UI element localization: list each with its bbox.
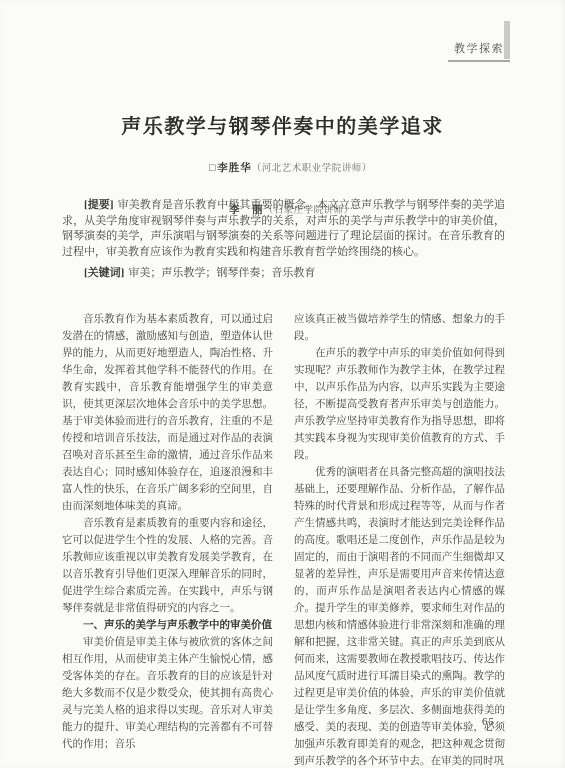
page-edge-bar: [504, 21, 510, 59]
author-marker-icon: □: [209, 163, 215, 174]
abstract-block: [提要]审美教育是音乐教育中极其重要的概念。本文立意声乐教学与钢琴伴奏的美学追求…: [62, 198, 505, 260]
body-columns: 音乐教育作为基本素质教育，可以通过启发潜在的情感，激励感知与创造，塑造体认世界的…: [62, 311, 505, 768]
paragraph: 音乐教育作为基本素质教育，可以通过启发潜在的情感，激励感知与创造，塑造体认世界的…: [62, 311, 273, 515]
paragraph: 应该真正被当做培养学生的情感、想象力的手段。: [294, 311, 505, 345]
journal-page: 教学探索 声乐教学与钢琴伴奏中的美学追求 □李胜华（河北艺术职业学院讲师） 李 …: [0, 0, 565, 768]
column-left: 音乐教育作为基本素质教育，可以通过启发潜在的情感，激励感知与创造，塑造体认世界的…: [62, 311, 273, 768]
article-title: 声乐教学与钢琴伴奏中的美学追求: [0, 110, 565, 139]
author-line: □李胜华（河北艺术职业学院讲师）: [193, 149, 372, 186]
corner-tag-label: 教学探索: [454, 43, 504, 55]
corner-tag: 教学探索: [448, 40, 510, 62]
paragraph: 在声乐的教学中声乐的审美价值如何得到实现呢？声乐教师作为教学主体，在教学过程中，…: [294, 345, 505, 464]
author-name: 李胜华: [217, 163, 252, 174]
abstract-text: 审美教育是音乐教育中极其重要的概念。本文立意声乐教学与钢琴伴奏的美学追求，从美学…: [62, 199, 505, 258]
paragraph: 审美价值是审美主体与被欣赏的客体之间相互作用，从而使审美主体产生愉悦心情，感受客…: [62, 634, 273, 753]
paragraph: 优秀的演唱者在具备完整高超的演唱技法基础上，还要理解作品、分析作品，了解作品特殊…: [294, 464, 505, 768]
paragraph: 音乐教育是素质教育的重要内容和途径，它可以促进学生个性的发展、人格的完善。音乐教…: [62, 515, 273, 617]
section-heading: 一、声乐的美学与声乐教学中的审美价值: [62, 617, 273, 634]
author-affiliation: （河北艺术职业学院讲师）: [252, 164, 372, 174]
keywords-block: [关键词]审美；声乐教学；钢琴伴奏；音乐教育: [62, 264, 505, 280]
column-right: 应该真正被当做培养学生的情感、想象力的手段。 在声乐的教学中声乐的审美价值如何得…: [294, 311, 505, 768]
keywords-label: [关键词]: [84, 267, 124, 279]
keywords-text: 审美；声乐教学；钢琴伴奏；音乐教育: [128, 267, 315, 279]
abstract-label: [提要]: [84, 199, 114, 211]
page-number: 65: [482, 716, 495, 728]
